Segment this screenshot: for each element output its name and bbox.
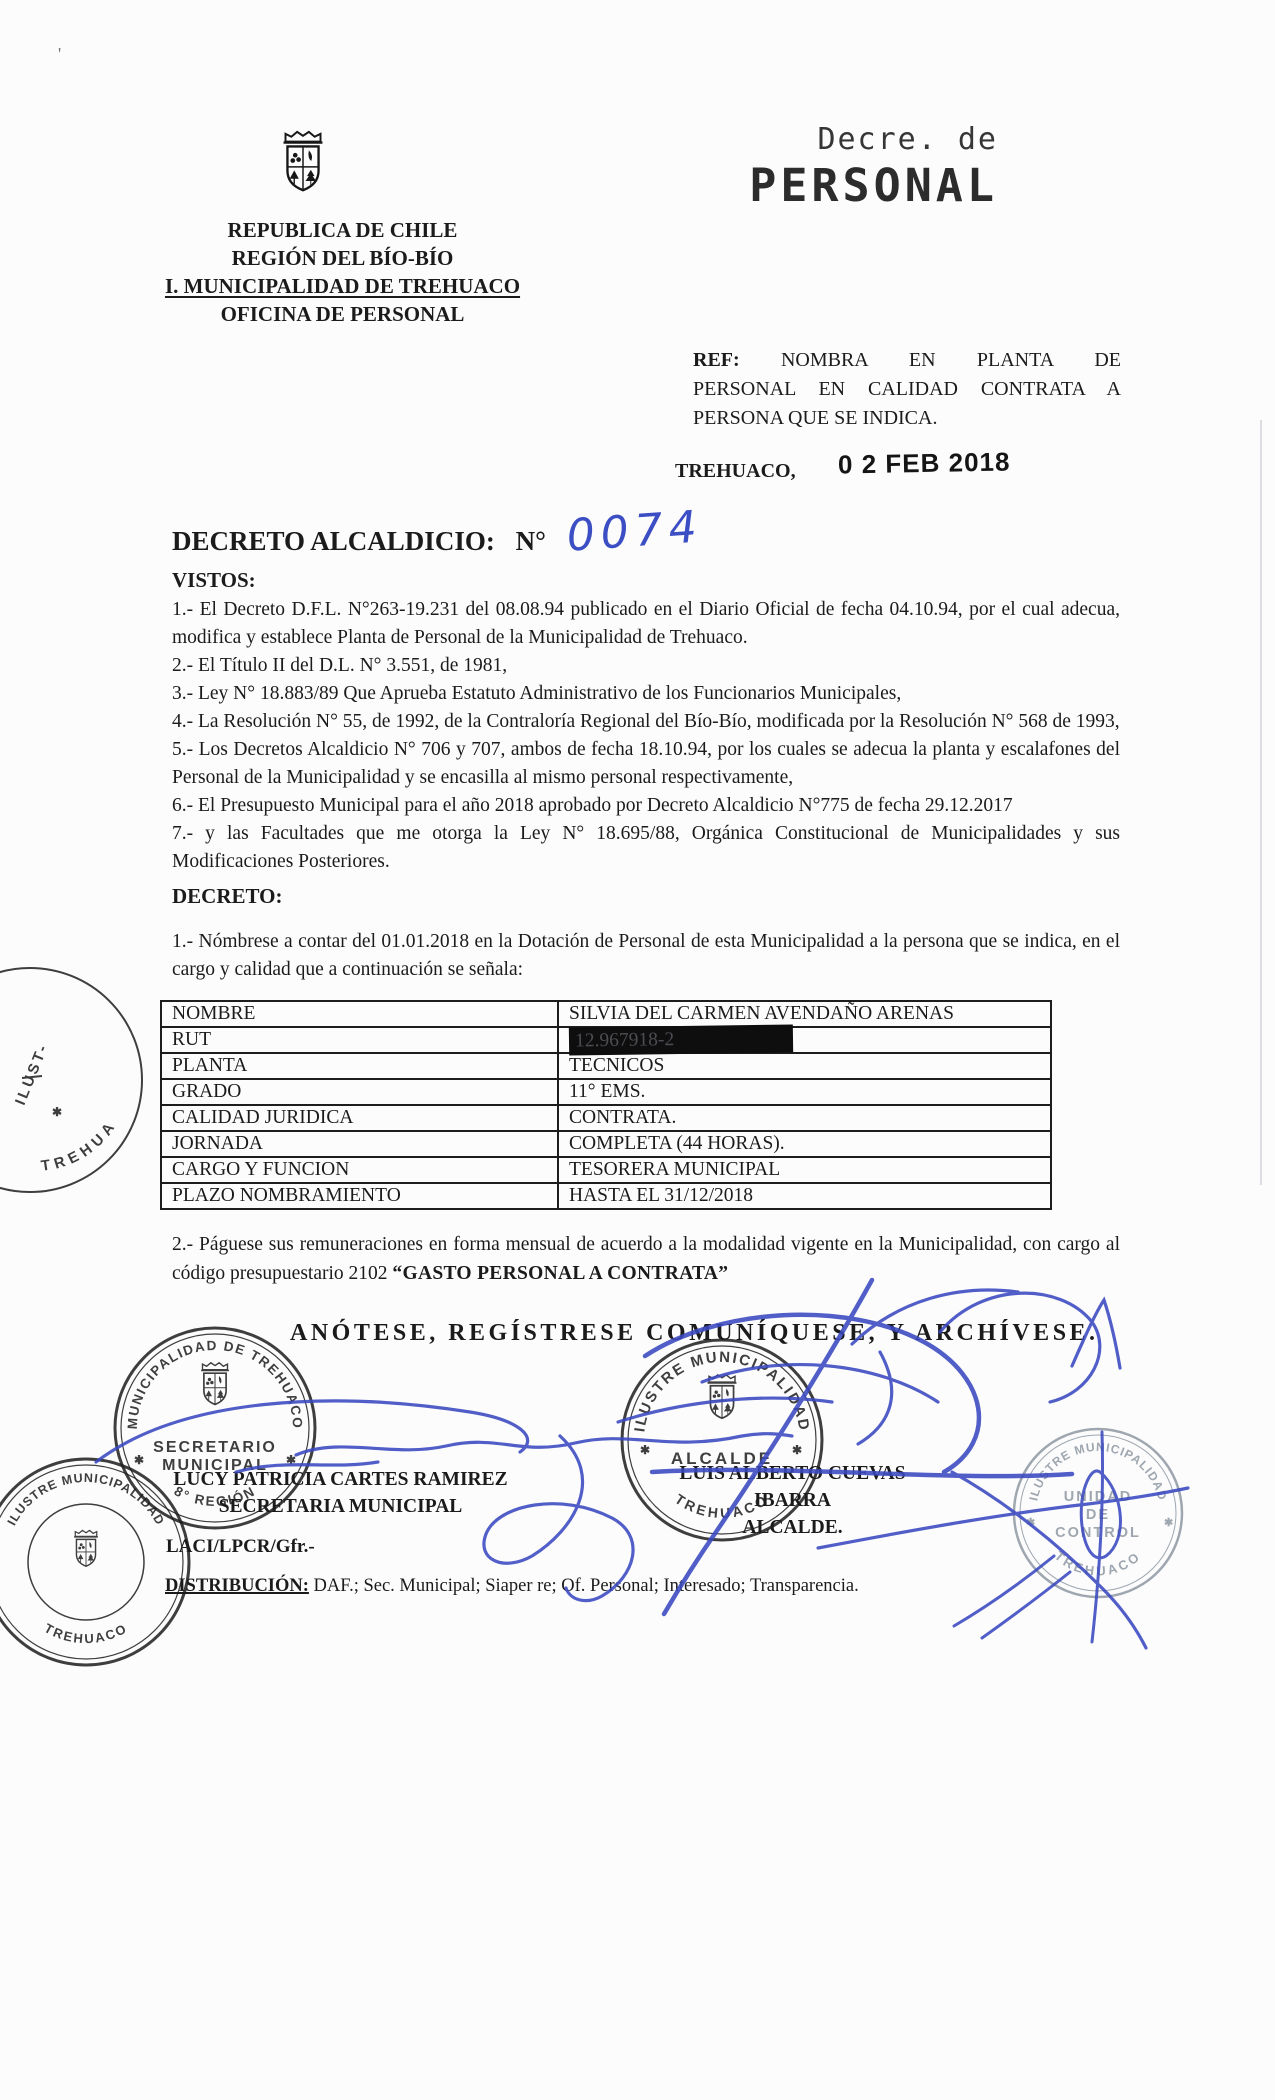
appointment-table: NOMBRE SILVIA DEL CARMEN AVENDAÑO ARENAS… [160, 1000, 1052, 1210]
row-label: GRADO [161, 1079, 558, 1105]
table-row: CALIDAD JURIDICA CONTRATA. [161, 1105, 1051, 1131]
left-edge-stamp-bottom-text: TREHUACO [0, 0, 121, 1175]
row-value: CONTRATA. [558, 1105, 1051, 1131]
point2-emphasis: “GASTO PERSONAL A CONTRATA” [392, 1263, 728, 1284]
row-value: 11° EMS. [558, 1079, 1051, 1105]
control-stamp-arc-bottom: TREHUACO [1052, 1548, 1144, 1579]
row-label: CARGO Y FUNCION [161, 1157, 558, 1183]
control-stamp-line2: DE [1086, 1507, 1110, 1523]
scanned-decree-page: ' REPUBLICA DE CHILE REGIÓN DEL BÍO-BÍO … [0, 0, 1275, 2100]
letterhead-region: REGIÓN DEL BÍO-BÍO [150, 244, 535, 272]
date-stamp: 0 2 FEB 2018 [838, 446, 1011, 480]
mayor-title: ALCALDE. [640, 1514, 945, 1541]
row-value: TESORERA MUNICIPAL [558, 1157, 1051, 1183]
dateline-city: TREHUACO, [675, 460, 796, 483]
table-row: JORNADA COMPLETA (44 HORAS). [161, 1131, 1051, 1157]
row-label: RUT [161, 1027, 558, 1053]
distribution-text: DAF.; Sec. Municipal; Siaper re; Of. Per… [309, 1576, 859, 1596]
decree-title: DECRETO ALCALDICIO: N° 0074 [172, 510, 703, 561]
secretary-stamp-arc-top: MUNICIPALIDAD DE TREHUACO [125, 1338, 305, 1430]
star-icon: ✱ [134, 1453, 144, 1467]
row-label: CALIDAD JURIDICA [161, 1105, 558, 1131]
scan-speck: ' [58, 44, 61, 65]
vistos-body: 1.- El Decreto D.F.L. N°263-19.231 del 0… [172, 596, 1120, 876]
star-icon: ✱ [286, 1453, 296, 1467]
control-stamp-line1: UNIDAD [1064, 1489, 1132, 1505]
mayor-stamp-arc-top: ILUSTRE MUNICIPALIDAD [631, 1349, 812, 1433]
secretary-stamp-line1: SECRETARIO [153, 1439, 277, 1456]
table-row: PLANTA TECNICOS [161, 1053, 1051, 1079]
drafting-initials: LACI/LPCR/Gfr.- [166, 1536, 315, 1558]
vistos-item: 6.- El Presupuesto Municipal para el año… [172, 792, 1120, 820]
row-label: JORNADA [161, 1131, 558, 1157]
decree-title-label: DECRETO ALCALDICIO: [172, 526, 495, 556]
row-value: TECNICOS [558, 1053, 1051, 1079]
star-icon: ✱ [1164, 1517, 1173, 1529]
decreto-point1: 1.- Nómbrese a contar del 01.01.2018 en … [172, 928, 1120, 984]
vistos-item: 2.- El Título II del D.L. N° 3.551, de 1… [172, 652, 1120, 680]
secretary-name: LUCY PATRICIA CARTES RAMIREZ [138, 1466, 543, 1493]
table-row: GRADO 11° EMS. [161, 1079, 1051, 1105]
municipal-coat-of-arms [272, 128, 334, 198]
decree-number-prefix: N° [516, 526, 546, 556]
vistos-item: 3.- Ley N° 18.883/89 Que Aprueba Estatut… [172, 680, 1120, 708]
ref-line1: PERSONAL EN CALIDAD CONTRATA A [693, 375, 1121, 404]
ref-block: REF: NOMBRA EN PLANTA DE PERSONAL EN CAL… [693, 346, 1121, 433]
decreto-heading: DECRETO: [172, 884, 282, 909]
secretary-title: SECRETARIA MUNICIPAL [138, 1493, 543, 1520]
closing-formula: ANÓTESE, REGÍSTRESE COMUNÍQUESE, Y ARCHÍ… [290, 1320, 1099, 1347]
letterhead-country: REPUBLICA DE CHILE [150, 216, 535, 244]
stamp-crest-icon [74, 1530, 98, 1566]
vistos-item: 1.- El Decreto D.F.L. N°263-19.231 del 0… [172, 596, 1120, 652]
row-label: PLANTA [161, 1053, 558, 1079]
signature-block-secretary: LUCY PATRICIA CARTES RAMIREZ SECRETARIA … [138, 1466, 543, 1520]
ref-line2: PERSONA QUE SE INDICA. [693, 404, 1121, 433]
stamp-crest-icon [201, 1363, 229, 1405]
table-row: CARGO Y FUNCION TESORERA MUNICIPAL [161, 1157, 1051, 1183]
decreto-point2: 2.- Páguese sus remuneraciones en forma … [172, 1230, 1120, 1288]
star-icon: ✱ [792, 1443, 802, 1457]
decree-type-stamp-line1: Decre. de [698, 122, 998, 157]
ref-line0: NOMBRA EN PLANTA DE [781, 349, 1121, 371]
bottom-left-stamp-arc-bottom: TREHUACO [42, 1620, 130, 1646]
row-value: SILVIA DEL CARMEN AVENDAÑO ARENAS [558, 1001, 1051, 1027]
distribution-label: DISTRIBUCIÓN: [165, 1576, 309, 1596]
left-edge-stamp-side-text: ILUST- [12, 1040, 52, 1107]
stamp-crest-icon [708, 1375, 737, 1418]
signature-block-mayor: LUIS ALBERTO CUEVAS IBARRA ALCALDE. [640, 1460, 945, 1541]
control-stamp-arc-top: ILUSTRE MUNICIPALIDAD [1026, 1440, 1169, 1502]
table-row: PLAZO NOMBRAMIENTO HASTA EL 31/12/2018 [161, 1183, 1051, 1209]
control-unit-stamp: ILUSTRE MUNICIPALIDAD UNIDAD DE CONTROL … [1014, 1429, 1182, 1597]
star-icon: ✱ [52, 1105, 62, 1119]
vistos-item: 5.- Los Decretos Alcaldicio N° 706 y 707… [172, 736, 1120, 792]
ref-label: REF: [693, 349, 740, 371]
scan-edge-line [1260, 420, 1262, 1185]
decree-type-stamp: Decre. de PERSONAL [698, 122, 998, 212]
decree-type-stamp-line2: PERSONAL [698, 159, 998, 212]
row-label: PLAZO NOMBRAMIENTO [161, 1183, 558, 1209]
vistos-item: 7.- y las Facultades que me otorga la Le… [172, 820, 1120, 876]
letterhead: REPUBLICA DE CHILE REGIÓN DEL BÍO-BÍO I.… [150, 216, 535, 328]
vistos-item: 4.- La Resolución N° 55, de 1992, de la … [172, 708, 1120, 736]
handwritten-decree-number: 0074 [565, 501, 704, 561]
control-stamp-line3: CONTROL [1055, 1525, 1141, 1541]
row-value: COMPLETA (44 HORAS). [558, 1131, 1051, 1157]
left-edge-stamp: ILUST- ✱ TREHUACO [0, 0, 142, 1192]
row-value: HASTA EL 31/12/2018 [558, 1183, 1051, 1209]
table-row: NOMBRE SILVIA DEL CARMEN AVENDAÑO ARENAS [161, 1001, 1051, 1027]
table-row: RUT 12.967918-2 [161, 1027, 1051, 1053]
redaction-bar: 12.967918-2 [569, 1024, 793, 1055]
letterhead-municipality: I. MUNICIPALIDAD DE TREHUACO [150, 272, 535, 300]
vistos-heading: VISTOS: [172, 568, 256, 593]
row-value: 12.967918-2 [558, 1027, 1051, 1053]
distribution-line: DISTRIBUCIÓN: DAF.; Sec. Municipal; Siap… [165, 1576, 859, 1597]
star-icon: ✱ [1026, 1517, 1035, 1529]
mayor-name: LUIS ALBERTO CUEVAS IBARRA [640, 1460, 945, 1514]
row-label: NOMBRE [161, 1001, 558, 1027]
letterhead-office: OFICINA DE PERSONAL [150, 300, 535, 328]
star-icon: ✱ [640, 1443, 650, 1457]
